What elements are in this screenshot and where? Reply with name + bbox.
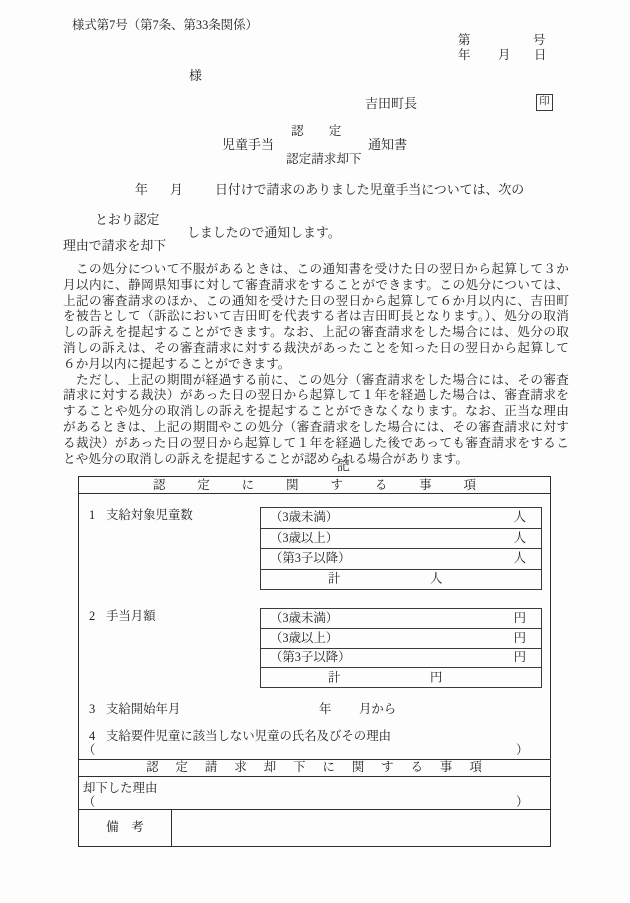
document-page: 様式第7号（第7条、第33条関係） 第 号 年 月 日 様 吉田町長 印 児童手… [0,0,630,903]
appeal-notice: この処分について不服があるときは、この通知書を受けた日の翌日から起算して３か月以… [63,262,569,467]
total-row: 計 人 [261,570,541,590]
monthly-amount-table: （3歳未満） 円 （3歳以上） 円 （第3子以降） 円 計 円 [260,608,542,688]
total-label: 計 [328,572,340,587]
item1-label: 支給対象児童数 [106,508,193,523]
remarks-divider [171,809,172,846]
age-band-label: （第3子以降） [261,551,514,566]
intro-line2: しましたので通知します。 [187,226,341,241]
unit-label: 円 [514,650,541,665]
start-year-label: 年 [319,702,331,717]
age-band-label: （3歳未満） [261,510,514,525]
unit-label: 円 [430,670,442,685]
rejection-paren-open: （ [83,795,95,810]
age-band-label: （第3子以降） [261,650,514,665]
age-band-label: （3歳以上） [261,531,514,546]
rejection-reason-label: 却下した理由 [83,781,157,796]
total-row: 計 円 [261,668,541,687]
table-row: （3歳未満） 人 [261,508,541,529]
date-month-label: 月 [498,48,510,63]
section2-header: 認定請求却下に関する事項 [87,759,558,776]
table-row: （3歳以上） 人 [261,529,541,550]
children-count-table: （3歳未満） 人 （3歳以上） 人 （第3子以降） 人 計 人 [260,507,542,590]
unit-label: 人 [514,551,541,566]
title-left: 児童手当 [222,137,274,153]
unit-label: 人 [514,531,541,546]
ref-number-prefix: 第 [458,33,470,48]
addressee-suffix: 様 [189,69,202,84]
age-band-label: （3歳未満） [261,611,514,626]
item3-number: 3 [89,702,95,717]
title-option-rejected: 認定請求却下 [286,152,362,167]
certification-table: 認定に関する事項 1 支給対象児童数 （3歳未満） 人 （3歳以上） 人 （第3… [78,476,551,847]
ki-marker: 記 [337,458,350,474]
item4-paren-open: （ [83,743,95,758]
age-band-label: （3歳以上） [261,631,514,646]
total-label: 計 [328,670,340,685]
title-right: 通知書 [368,137,407,153]
unit-label: 円 [514,611,541,626]
intro-line1: 日付けで請求のありました児童手当については、次の [215,183,524,198]
item1-number: 1 [89,508,95,523]
start-month-label: 月から [359,702,396,717]
table-row: （3歳以上） 円 [261,629,541,649]
seal-mark: 印 [536,94,553,111]
date-day-label: 日 [534,48,546,63]
item2-label: 手当月額 [106,609,156,624]
unit-label: 人 [430,572,442,587]
appeal-paragraph-2: ただし、上記の期間が経過する前に、この処分（審査請求をした場合には、その審査請求… [63,373,569,468]
section1-header-rule [79,493,550,494]
intro-option-certified: とおり認定 [95,213,159,228]
item4-paren-close: ） [516,743,528,758]
unit-label: 円 [514,631,541,646]
item4-number: 4 [89,729,95,744]
form-number: 様式第7号（第7条、第33条関係） [72,18,258,33]
item3-label: 支給開始年月 [106,702,180,717]
intro-month-label: 月 [170,183,183,198]
item4-label: 支給要件児童に該当しない児童の氏名及びその理由 [106,729,391,744]
section1-header: 認定に関する事項 [95,477,566,493]
intro-year-label: 年 [135,183,148,198]
table-row: （第3子以降） 円 [261,649,541,669]
date-year-label: 年 [458,48,470,63]
appeal-paragraph-1: この処分について不服があるときは、この通知書を受けた日の翌日から起算して３か月以… [63,262,569,373]
table-row: （第3子以降） 人 [261,549,541,570]
issuer-name: 吉田町長 [365,96,417,112]
ref-number-suffix: 号 [533,33,545,48]
remarks-label: 備 考 [79,809,171,846]
item2-number: 2 [89,609,95,624]
unit-label: 人 [514,510,541,525]
title-option-certified: 認 定 [291,124,341,139]
section2-header-rule [79,776,550,777]
intro-option-rejected: 理由で請求を却下 [63,239,166,254]
table-row: （3歳未満） 円 [261,609,541,629]
rejection-paren-close: ） [516,795,528,810]
